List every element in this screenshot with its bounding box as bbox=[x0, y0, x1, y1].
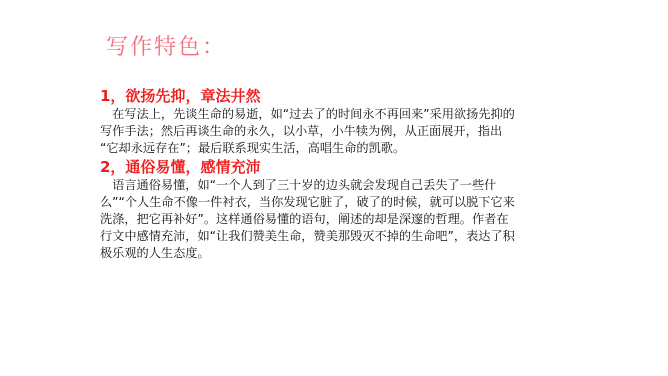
section-paragraph: 语言通俗易懂，如“一个人到了三十岁的边头就会发现自己丢失了一些什 么”“个人生命… bbox=[100, 177, 590, 262]
paragraph-line: “它却永远存在”；最后联系现实生活，高唱生命的凯歌。 bbox=[100, 140, 590, 157]
paragraph-line: 洗涤，把它再补好”。这样通俗易懂的语句，阐述的却是深邃的哲理。作者在 bbox=[100, 211, 590, 228]
paragraph-line: 写作手法；然后再谈生命的永久，以小草，小牛犊为例，从正面展开，指出 bbox=[100, 123, 590, 140]
section-heading: 2，通俗易懂，感情充沛 bbox=[100, 157, 590, 177]
paragraph-line: 行文中感情充沛，如“让我们赞美生命，赞美那毁灭不掉的生命吧”，表达了积 bbox=[100, 228, 590, 245]
paragraph-line: 语言通俗易懂，如“一个人到了三十岁的边头就会发现自己丢失了一些什 bbox=[100, 177, 590, 194]
section-paragraph: 在写法上，先谈生命的易逝，如“过去了的时间永不再回来”采用欲扬先抑的 写作手法；… bbox=[100, 106, 590, 157]
section-2: 2，通俗易懂，感情充沛 语言通俗易懂，如“一个人到了三十岁的边头就会发现自己丢失… bbox=[100, 157, 590, 262]
slide-content: 1，欲扬先抑，章法井然 在写法上，先谈生命的易逝，如“过去了的时间永不再回来”采… bbox=[100, 86, 590, 262]
paragraph-line: 极乐观的人生态度。 bbox=[100, 245, 590, 262]
paragraph-line: 在写法上，先谈生命的易逝，如“过去了的时间永不再回来”采用欲扬先抑的 bbox=[100, 106, 590, 123]
section-1: 1，欲扬先抑，章法井然 在写法上，先谈生命的易逝，如“过去了的时间永不再回来”采… bbox=[100, 86, 590, 157]
section-heading: 1，欲扬先抑，章法井然 bbox=[100, 86, 590, 106]
slide-title: 写作特色： bbox=[106, 33, 226, 63]
paragraph-line: 么”“个人生命不像一件衬衣，当你发现它脏了，破了的时候，就可以脱下它来 bbox=[100, 194, 590, 211]
